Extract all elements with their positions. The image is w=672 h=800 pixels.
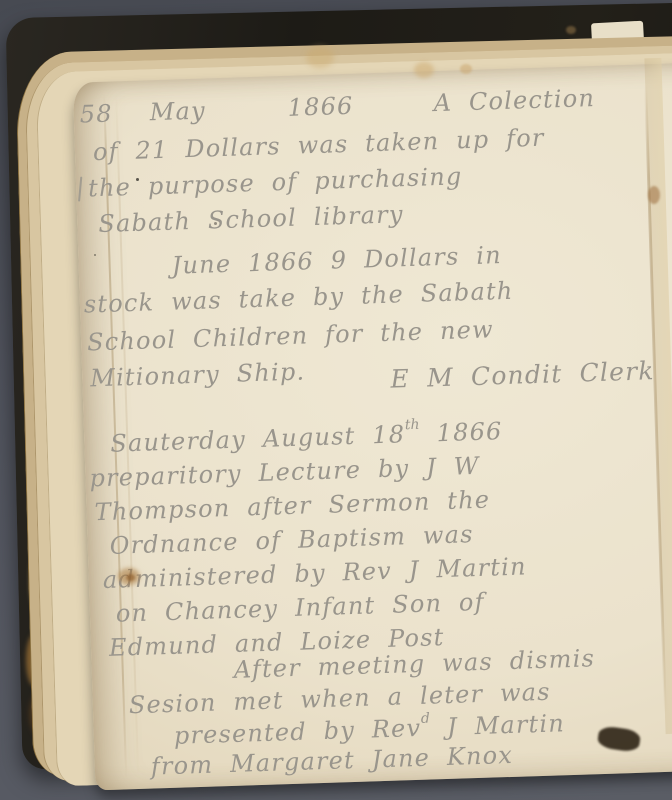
photo-scene: 58 May 1866 A Colection of 21 Dollars wa… <box>0 0 672 800</box>
foxing-stain <box>566 26 576 34</box>
manuscript-line: School Children for the new <box>87 315 495 356</box>
ordinal-superscript: d <box>421 711 430 727</box>
page-number: 58 <box>79 100 113 129</box>
manuscript-line-date: Sauterday August 18th 1866 <box>110 417 503 458</box>
foxing-stain <box>414 62 434 78</box>
foxing-stain <box>126 574 135 581</box>
manuscript-line: stock was take by the Sabath <box>83 277 513 319</box>
foxing-stain <box>460 64 472 74</box>
ordinal-superscript: th <box>405 417 420 433</box>
manuscript-line: Ordnance of Baptism was <box>109 520 474 560</box>
manuscript-line: Thompson after Sermon the <box>94 486 490 527</box>
ink-speck <box>214 222 217 225</box>
stray-pen-stroke <box>78 177 82 202</box>
manuscript-line: A Colection <box>433 84 595 117</box>
date-text: Sauterday August 18 <box>110 420 406 458</box>
manuscript-line: the purpose of purchasing <box>88 162 463 202</box>
manuscript-line: June 1866 9 Dollars in <box>171 241 502 280</box>
manuscript-line-month: May <box>149 97 206 127</box>
manuscript-line: on Chancey Infant Son of <box>115 588 485 628</box>
ink-speck <box>94 254 96 256</box>
manuscript-page: 58 May 1866 A Colection of 21 Dollars wa… <box>73 62 672 791</box>
ink-speck <box>136 178 139 181</box>
manuscript-line: preparitory Lecture by J W <box>89 452 480 493</box>
manuscript-line: of 21 Dollars was taken up for <box>93 124 545 167</box>
manuscript-line: Sabath School library <box>98 200 404 238</box>
date-year: 1866 <box>419 417 503 448</box>
manuscript-line-year: 1866 <box>287 92 354 122</box>
foxing-stain <box>648 186 660 204</box>
foxing-stain <box>306 46 334 68</box>
clerk-signature: E M Condit Clerk <box>390 356 655 394</box>
manuscript-line: Mitionary Ship. <box>90 357 306 392</box>
line-text: J Martin <box>430 709 566 741</box>
